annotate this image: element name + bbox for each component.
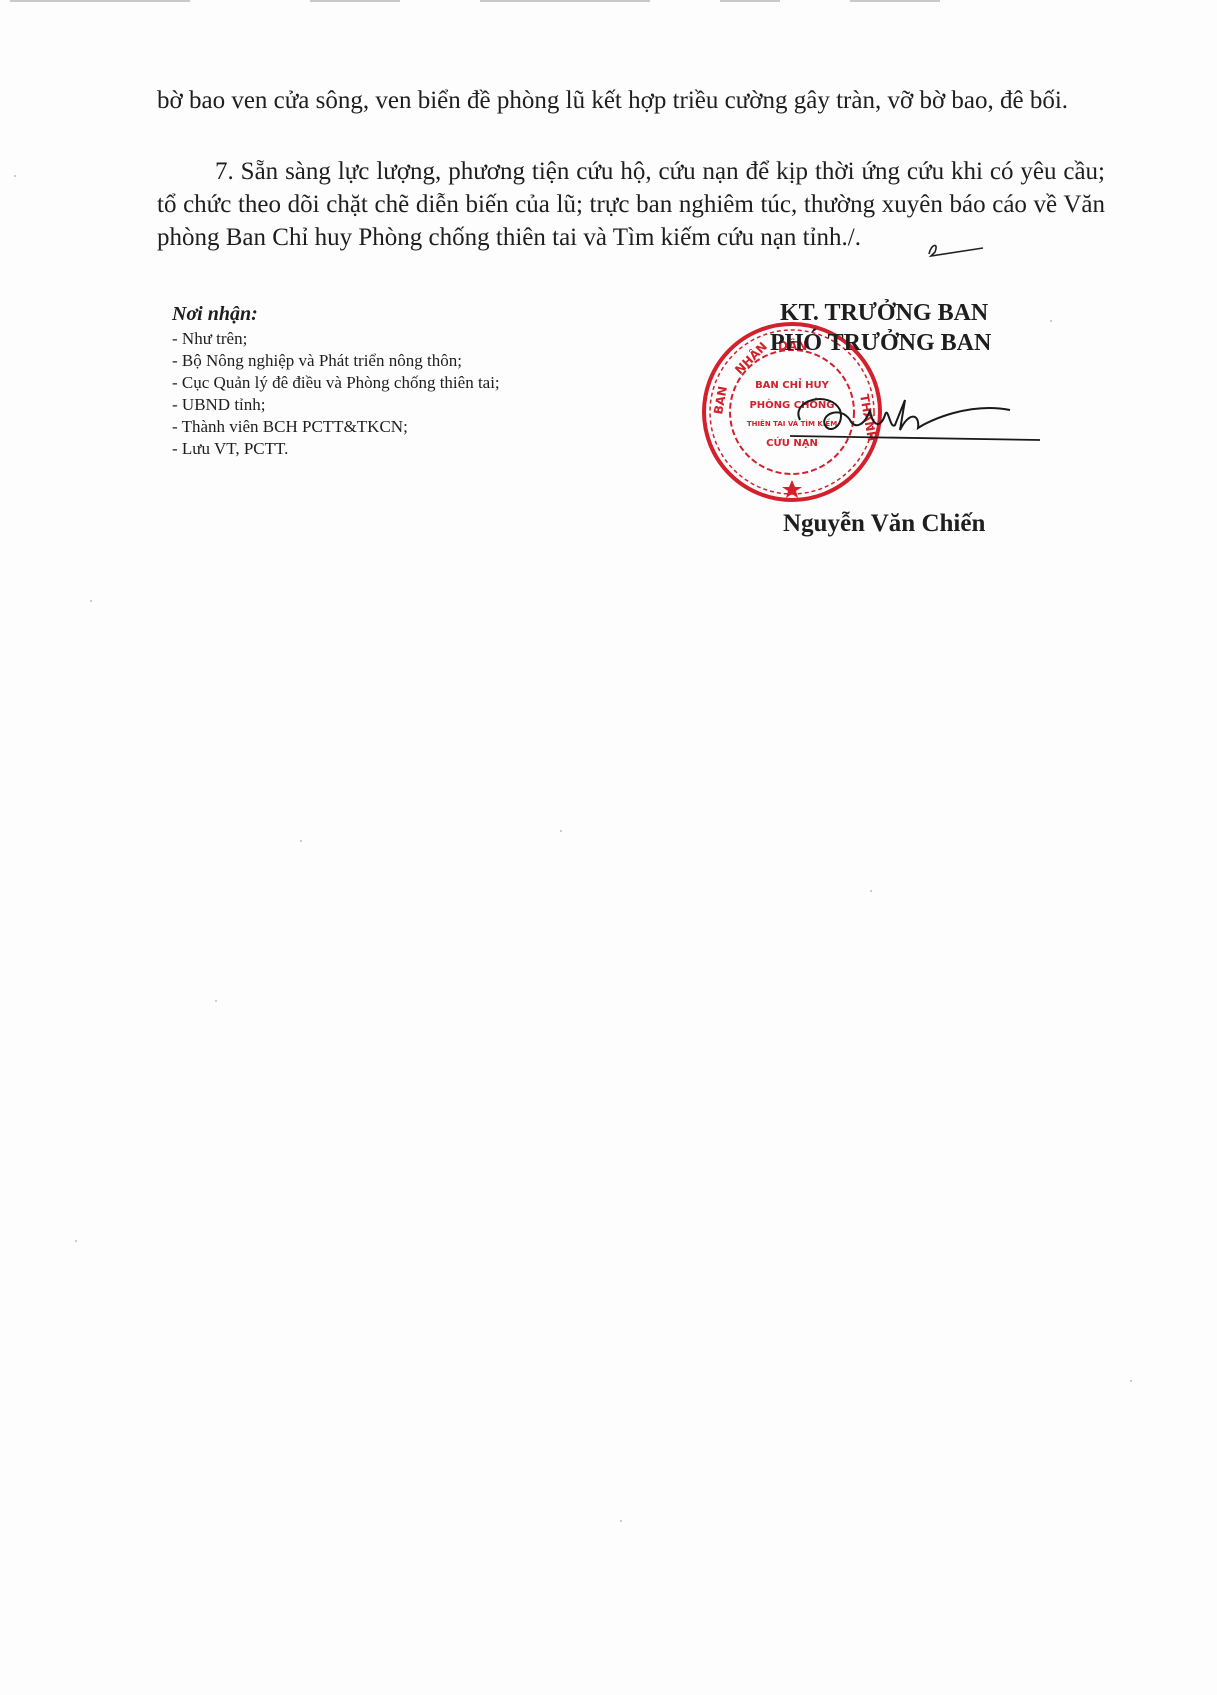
- recipient-item: - Thành viên BCH PCTT&TKCN;: [172, 416, 500, 438]
- svg-text:BAN: BAN: [711, 385, 730, 415]
- document-page: bờ bao ven cửa sông, ven biển đề phòng l…: [0, 0, 1217, 1695]
- signature-title-line2: PHÓ TRƯỞNG BAN: [770, 330, 991, 357]
- recipient-item: - Bộ Nông nghiệp và Phát triển nông thôn…: [172, 350, 500, 372]
- recipient-item: - Cục Quản lý đê điều và Phòng chống thi…: [172, 372, 500, 394]
- recipient-item: - Như trên;: [172, 328, 500, 350]
- scan-edge-marks: [0, 0, 1217, 3]
- recipient-item: - UBND tỉnh;: [172, 394, 500, 416]
- paragraph-continuation: bờ bao ven cửa sông, ven biển đề phòng l…: [157, 84, 1105, 117]
- paragraph-item-7: 7. Sẵn sàng lực lượng, phương tiện cứu h…: [157, 155, 1105, 254]
- recipient-item: - Lưu VT, PCTT.: [172, 438, 500, 460]
- handwritten-signature-icon: [770, 380, 1040, 450]
- signature-title-line1: KT. TRƯỞNG BAN: [780, 300, 988, 327]
- recipients-title: Nơi nhận:: [172, 302, 500, 326]
- initial-mark-icon: [867, 234, 927, 254]
- recipients-block: Nơi nhận: - Như trên; - Bộ Nông nghiệp v…: [172, 302, 500, 460]
- signer-name: Nguyễn Văn Chiến: [783, 510, 985, 538]
